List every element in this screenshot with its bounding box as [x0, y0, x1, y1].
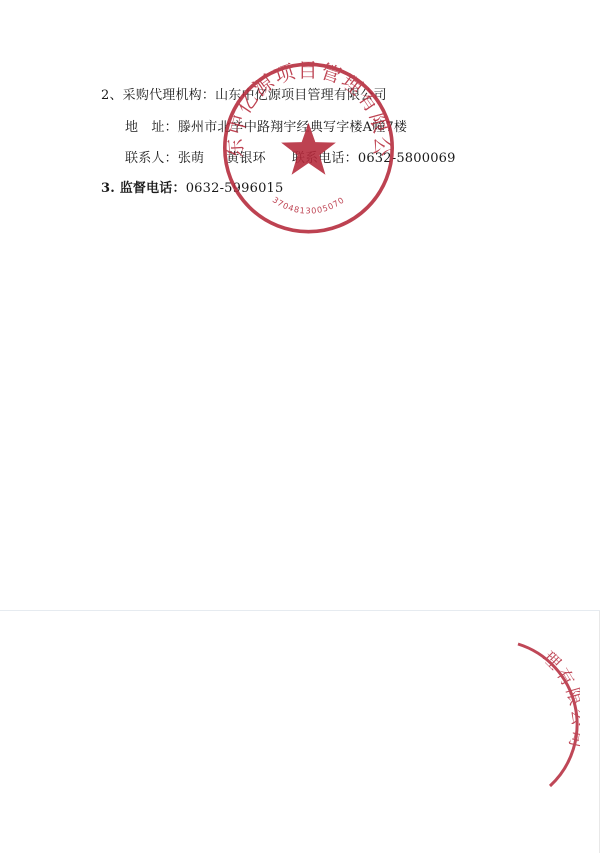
contact-name-1: 张萌 — [178, 151, 204, 166]
supervision-label: 3. 监督电话： — [101, 181, 186, 196]
phone-label: 联系电话： — [292, 151, 358, 166]
address-label: 地 址： — [125, 120, 178, 135]
contact-label: 联系人： — [125, 151, 178, 166]
agency-label: 2、采购代理机构： — [101, 88, 215, 103]
contact-line: 联系人：张萌黄银环联系电话：0632-5800069 — [125, 151, 456, 167]
supervision-line: 3. 监督电话：0632-5996015 — [101, 181, 283, 197]
address-line: 地 址：滕州市北辛中路翔宇经典写字楼A幢7楼 — [125, 120, 407, 136]
document-page-2 — [0, 611, 600, 853]
contact-name-2: 黄银环 — [226, 151, 266, 166]
supervision-phone: 0632-5996015 — [186, 181, 284, 196]
agency-line: 2、采购代理机构：山东中亿源项目管理有限公司 — [101, 88, 387, 104]
address-value: 滕州市北辛中路翔宇经典写字楼A幢7楼 — [178, 120, 407, 135]
agency-name: 山东中亿源项目管理有限公司 — [215, 88, 387, 103]
phone-value: 0632-5800069 — [358, 151, 456, 166]
